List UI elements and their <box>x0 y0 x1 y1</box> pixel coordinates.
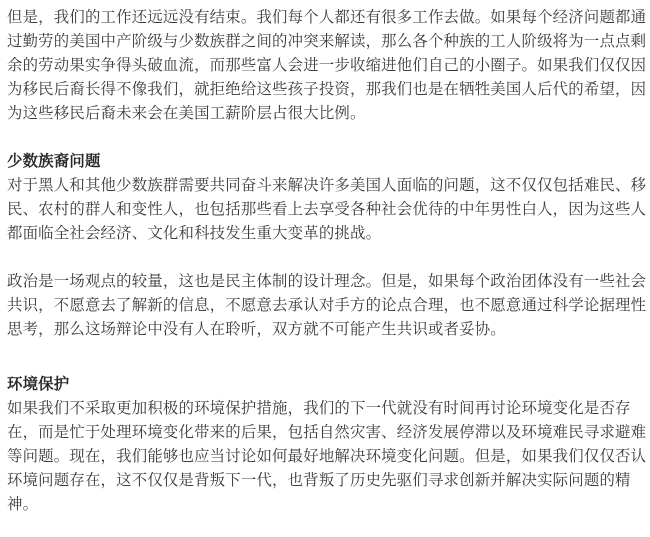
article: 但是，我们的工作还远远没有结束。我们每个人都还有很多工作去做。如果每个经济问题都… <box>0 0 650 537</box>
text-line: 共识，不愿意去了解新的信息，不愿意去承认对手方的论点合理，也不愿意通过科学论据理… <box>7 293 646 317</box>
text-line: 等问题。现在，我们能够也应当讨论如何最好地解决环境变化问题。但是，如果我们仅仅否… <box>7 444 646 468</box>
section-heading: 少数族裔问题 <box>7 149 101 173</box>
text-line: 民、农村的群人和变性人，也包括那些看上去享受各种社会优待的中年男性白人，因为这些… <box>7 197 646 221</box>
text-line: 对于黑人和其他少数族群需要共同奋斗来解决许多美国人面临的问题，这不仅仅包括难民、… <box>7 173 646 197</box>
text-line: 在，而是忙于处理环境变化带来的后果，包括自然灾害、经济发展停滞以及环境难民寻求避… <box>7 420 646 444</box>
text-line: 为这些移民后裔未来会在美国工薪阶层占很大比例。 <box>7 101 366 125</box>
text-line: 如果我们不采取更加积极的环境保护措施，我们的下一代就没有时间再讨论环境变化是否存 <box>7 396 631 420</box>
text-line: 余的劳动果实争得头破血流，而那些富人会进一步收缩进他们自己的小圈子。如果我们仅仅… <box>7 53 646 77</box>
text-line: 过勤劳的美国中产阶级与少数族群之间的冲突来解读，那么各个种族的工人阶级将为一点点… <box>7 29 646 53</box>
text-line: 神。 <box>7 492 38 516</box>
text-line: 都面临全社会经济、文化和科技发生重大变革的挑战。 <box>7 221 381 245</box>
section-heading: 环境保护 <box>7 372 69 396</box>
text-line: 但是，我们的工作还远远没有结束。我们每个人都还有很多工作去做。如果每个经济问题都… <box>7 5 646 29</box>
text-line: 环境问题存在，这不仅仅是背叛下一代，也背叛了历史先驱们寻求创新并解决实际问题的精 <box>7 468 631 492</box>
text-line: 思考，那么这场辩论中没有人在聆听，双方就不可能产生共识或者妥协。 <box>7 317 506 341</box>
text-line: 政治是一场观点的较量，这也是民主体制的设计理念。但是，如果每个政治团体没有一些社… <box>7 269 646 293</box>
text-line: 为移民后裔长得不像我们，就拒绝给这些孩子投资，那我们也是在牺牲美国人后代的希望，… <box>7 77 646 101</box>
